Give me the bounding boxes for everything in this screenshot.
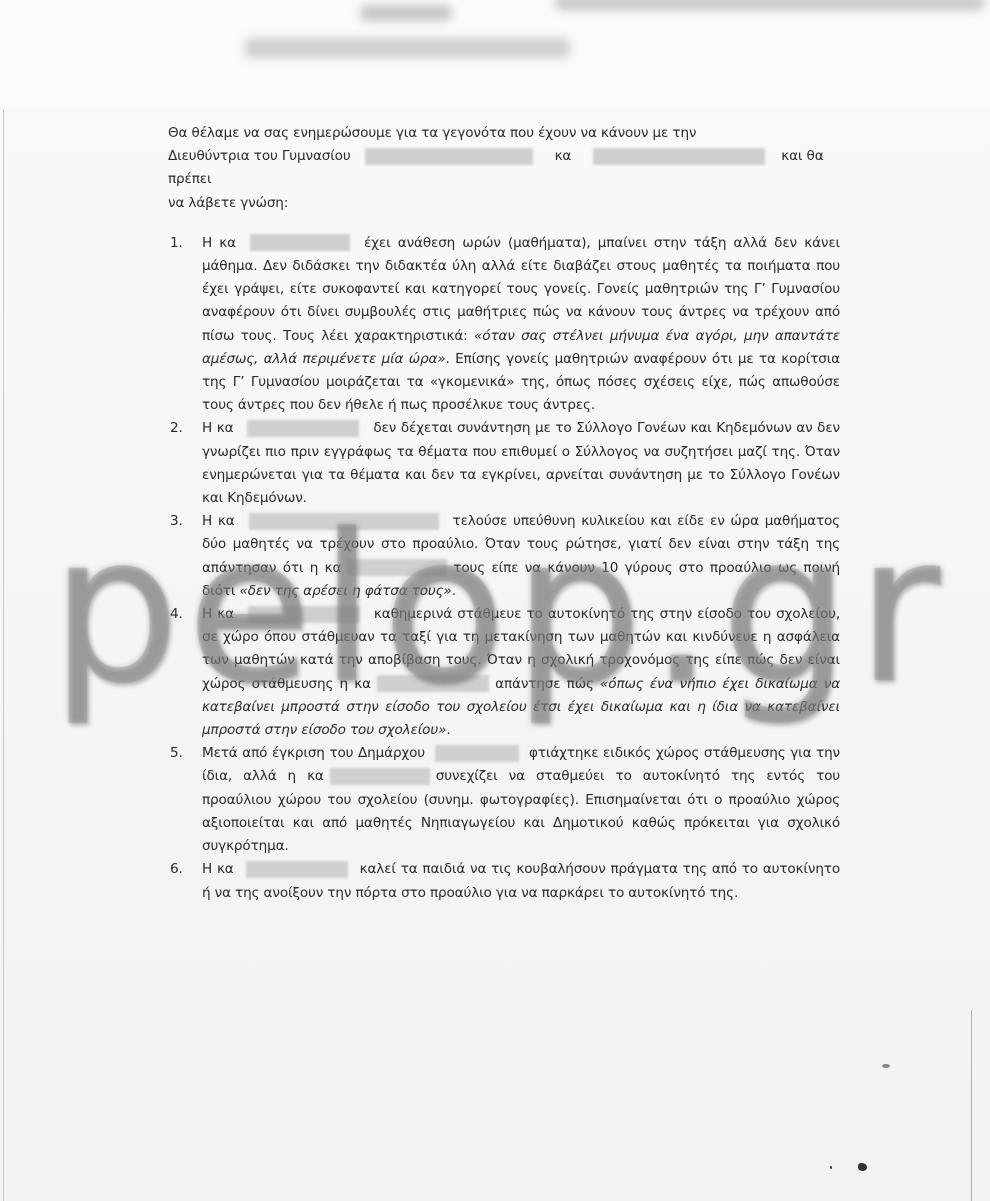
scan-artifact — [830, 1166, 832, 1169]
intro-line: κα — [555, 148, 572, 164]
redacted-name — [593, 148, 765, 165]
item-number: 5. — [170, 742, 183, 765]
item-number: 3. — [170, 510, 183, 533]
complaints-list: 1. Η καέχει ανάθεση ωρών (μαθήματα), μπα… — [168, 232, 840, 905]
item-number: 2. — [170, 417, 183, 440]
scan-artifact — [858, 1163, 867, 1171]
redacted-header-line — [360, 5, 452, 21]
intro-paragraph: Θα θέλαμε να σας ενημερώσουμε για τα γεγ… — [168, 122, 840, 215]
item-prefix: Η κα — [202, 861, 234, 877]
page-header-area — [0, 0, 990, 108]
item-quote: «δεν της αρέσει η φάτσα τους» — [239, 583, 451, 599]
redacted-name — [247, 420, 359, 437]
item-number: 4. — [170, 603, 183, 626]
list-item: 5. Μετά από έγκριση του Δημάρχουφτιάχτηκ… — [168, 742, 840, 858]
redacted-name — [250, 234, 350, 251]
item-prefix: Η κα — [202, 235, 236, 251]
letter-body: Θα θέλαμε να σας ενημερώσουμε για τα γεγ… — [168, 122, 840, 905]
page-edge-left — [3, 110, 4, 1201]
list-item: 3. Η κατελούσε υπεύθυνη κυλικείου και εί… — [168, 510, 840, 603]
item-text: . — [446, 722, 450, 738]
item-prefix: Η κα — [202, 606, 234, 622]
intro-line: να λάβετε γνώση: — [168, 195, 288, 211]
scan-artifact — [882, 1064, 890, 1068]
item-number: 1. — [170, 232, 183, 255]
list-item: 2. Η καδεν δέχεται συνάντηση με το Σύλλο… — [168, 417, 840, 510]
item-number: 6. — [170, 858, 183, 881]
redacted-name — [377, 675, 489, 692]
intro-line: Θα θέλαμε να σας ενημερώσουμε για τα γεγ… — [168, 125, 696, 141]
item-text: απάντησε πώς — [495, 676, 594, 692]
redacted-header-line — [555, 0, 985, 10]
redacted-name — [249, 513, 439, 530]
redacted-name — [246, 861, 348, 878]
redacted-name — [435, 745, 519, 762]
redacted-name — [330, 768, 430, 785]
list-item: 6. Η κακαλεί τα παιδιά να τις κουβαλήσου… — [168, 858, 840, 904]
list-item: 4. Η κακαθημερινά στάθμευε το αυτοκίνητό… — [168, 603, 840, 742]
redacted-header-line — [245, 38, 570, 58]
item-prefix: Η κα — [202, 420, 233, 436]
redacted-name — [347, 559, 447, 576]
page-edge-right — [971, 1010, 972, 1201]
item-prefix: Η κα — [202, 513, 235, 529]
redacted-name — [248, 606, 360, 623]
list-item: 1. Η καέχει ανάθεση ωρών (μαθήματα), μπα… — [168, 232, 840, 418]
redacted-school-name — [365, 148, 533, 165]
intro-line: Διευθύντρια του Γυμνασίου — [168, 148, 351, 164]
scanned-page: Θα θέλαμε να σας ενημερώσουμε για τα γεγ… — [0, 0, 990, 1201]
item-prefix: Μετά από έγκριση του Δημάρχου — [202, 745, 425, 761]
item-text: . — [452, 583, 456, 599]
